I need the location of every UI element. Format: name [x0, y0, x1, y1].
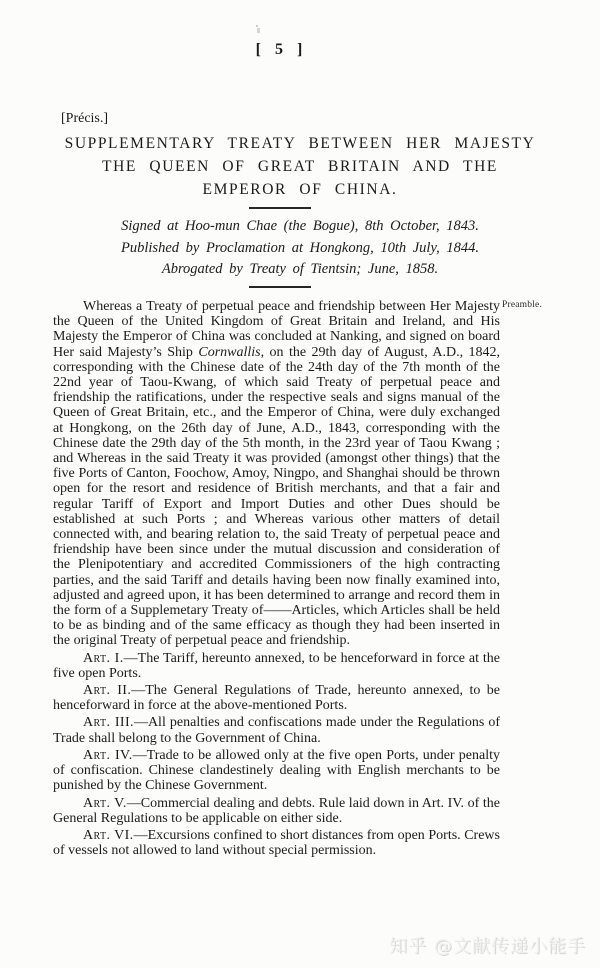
published-line: Published by Proclamation at Hongkong, 1…	[30, 238, 570, 260]
article-5: Art. V.—Commercial dealing and debts. Ru…	[53, 796, 500, 826]
article-3: Art. III.—All penalties and confiscation…	[53, 715, 500, 745]
scan-artifact	[256, 25, 261, 33]
margin-note-preamble: Preamble.	[502, 300, 542, 310]
article-5-label: Art. V.	[83, 796, 127, 811]
article-1-label: Art. I.	[83, 651, 124, 666]
treaty-title: SUPPLEMENTARY TREATY BETWEEN HER MAJESTY…	[30, 132, 570, 201]
article-4-label: Art. IV.	[83, 748, 133, 763]
separator-rule-top	[249, 207, 311, 209]
signed-line: Signed at Hoo-mun Chae (the Bogue), 8th …	[30, 216, 570, 238]
abrogated-line: Abrogated by Treaty of Tientsin; June, 1…	[30, 259, 570, 281]
article-2: Art. II.—The General Regulations of Trad…	[53, 683, 500, 713]
treaty-title-line-1: SUPPLEMENTARY TREATY BETWEEN HER MAJESTY	[30, 132, 570, 155]
article-3-label: Art. III.	[83, 715, 134, 730]
separator-rule-bottom	[249, 286, 311, 288]
page-number: [ 5 ]	[0, 41, 560, 59]
article-4: Art. IV.—Trade to be allowed only at the…	[53, 748, 500, 794]
preamble-text-2: , on the 29th day of August, A.D., 1842,…	[53, 345, 500, 649]
preamble-paragraph: Whereas a Treaty of perpetual peace and …	[53, 299, 500, 649]
article-2-label: Art. II.	[83, 683, 131, 698]
scanned-treaty-page: [ 5 ] [Précis.] SUPPLEMENTARY TREATY BET…	[0, 0, 600, 968]
treaty-title-line-3: EMPEROR OF CHINA.	[30, 178, 570, 201]
zhihu-watermark: 知乎 @文献传递小能手	[389, 932, 586, 958]
article-6-label: Art. VI.	[83, 828, 134, 843]
provenance-block: Signed at Hoo-mun Chae (the Bogue), 8th …	[30, 216, 570, 281]
treaty-body: Whereas a Treaty of perpetual peace and …	[53, 299, 500, 858]
article-6: Art. VI.—Excursions confined to short di…	[53, 828, 500, 858]
precis-label: [Précis.]	[61, 111, 108, 127]
treaty-title-line-2: THE QUEEN OF GREAT BRITAIN AND THE	[30, 155, 570, 178]
ship-name: Cornwallis	[198, 345, 260, 360]
article-1: Art. I.—The Tariff, hereunto annexed, to…	[53, 651, 500, 681]
